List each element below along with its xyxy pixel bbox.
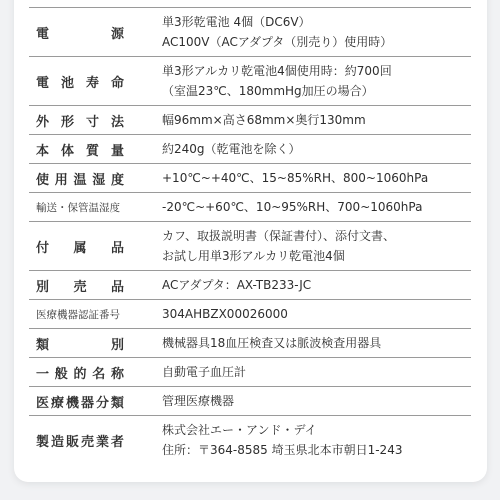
spec-row: 類別機械器具18血圧検査又は脈波検査用器具 (29, 329, 471, 358)
spec-label-cell: 使用温湿度 (29, 164, 147, 193)
spec-value: -20℃~+60℃、10~95%RH、700~1060hPa (147, 193, 471, 222)
spec-label-char: 品 (111, 276, 124, 295)
spec-value-line: AC100V（ACアダプタ（別売り）使用時） (162, 32, 471, 52)
spec-label: 使用温湿度 (36, 169, 124, 188)
spec-card: 電源単3形乾電池 4個（DC6V）AC100V（ACアダプタ（別売り）使用時）電… (14, 0, 487, 482)
spec-label-cell: 本体質量 (29, 135, 147, 164)
spec-value: 約240g（乾電池を除く） (147, 135, 471, 164)
spec-label: 一般的名称 (36, 363, 124, 382)
spec-label-char: 別 (36, 276, 49, 295)
spec-label-cell: 輸送・保管温湿度 (29, 193, 147, 222)
spec-value-line: 管理医療機器 (162, 391, 471, 411)
spec-label-char: 温 (73, 169, 86, 188)
spec-value: 単3形アルカリ乾電池4個使用時：約700回（室温23℃、180mmHg加圧の場合… (147, 57, 471, 106)
spec-value-line: 住所：〒364-8585 埼玉県北本市朝日1-243 (162, 440, 471, 460)
spec-label-char: 形 (61, 111, 74, 130)
spec-label-char: 寸 (86, 111, 99, 130)
spec-label: 電源 (36, 23, 124, 42)
spec-label-cell: 医療機器分類 (29, 387, 147, 416)
spec-value: 管理医療機器 (147, 387, 471, 416)
spec-table: 電源単3形乾電池 4個（DC6V）AC100V（ACアダプタ（別売り）使用時）電… (29, 7, 471, 465)
spec-label-char: 源 (111, 23, 124, 42)
spec-label-char: 質 (86, 140, 99, 159)
spec-label-char: 寿 (86, 72, 99, 91)
spec-label-char: 湿 (92, 169, 105, 188)
spec-row: 医療機器認証番号304AHBZX00026000 (29, 300, 471, 329)
spec-value-line: 幅96mm×高さ68mm×奥行130mm (162, 110, 471, 130)
spec-label-char: 療 (51, 392, 64, 411)
spec-row: 別売品ACアダプタ：AX-TB233-JC (29, 271, 471, 300)
spec-value: 自動電子血圧計 (147, 358, 471, 387)
spec-label-char: 品 (111, 237, 124, 256)
spec-label: 輸送・保管温湿度 (36, 200, 124, 215)
spec-value-line: カフ、取扱説明書（保証書付）、添付文書、 (162, 226, 471, 246)
spec-row: 医療機器分類管理医療機器 (29, 387, 471, 416)
spec-label-cell: 別売品 (29, 271, 147, 300)
spec-value: 機械器具18血圧検査又は脈波検査用器具 (147, 329, 471, 358)
spec-label-char: 法 (111, 111, 124, 130)
spec-label: 付属品 (36, 237, 124, 256)
spec-value-line: -20℃~+60℃、10~95%RH、700~1060hPa (162, 197, 471, 217)
spec-value-line: 自動電子血圧計 (162, 362, 471, 382)
spec-label-char: 度 (111, 169, 124, 188)
spec-label-char: 属 (73, 237, 86, 256)
spec-row: 付属品カフ、取扱説明書（保証書付）、添付文書、お試し用単3形アルカリ乾電池4個 (29, 222, 471, 271)
spec-label: 医療機器分類 (36, 392, 124, 411)
spec-label: 製造販売業者 (36, 431, 124, 450)
spec-label: 外形寸法 (36, 111, 124, 130)
spec-value-line: 約240g（乾電池を除く） (162, 139, 471, 159)
spec-label-cell: 類別 (29, 329, 147, 358)
spec-value: 幅96mm×高さ68mm×奥行130mm (147, 106, 471, 135)
spec-row: 電源単3形乾電池 4個（DC6V）AC100V（ACアダプタ（別売り）使用時） (29, 8, 471, 57)
spec-row: 一般的名称自動電子血圧計 (29, 358, 471, 387)
spec-label-char: 電 (36, 23, 49, 42)
spec-row: 使用温湿度+10℃~+40℃、15~85%RH、800~1060hPa (29, 164, 471, 193)
spec-label-cell: 付属品 (29, 222, 147, 271)
spec-value-line: お試し用単3形アルカリ乾電池4個 (162, 246, 471, 266)
spec-label-char: 類 (111, 392, 124, 411)
spec-row: 本体質量約240g（乾電池を除く） (29, 135, 471, 164)
spec-value: 株式会社エー・アンド・デイ住所：〒364-8585 埼玉県北本市朝日1-243 (147, 416, 471, 465)
spec-label-char: 一 (36, 363, 49, 382)
spec-label-char: 本 (36, 140, 49, 159)
spec-label-char: 電 (36, 72, 49, 91)
spec-label-char: 命 (111, 72, 124, 91)
spec-label-char: 販 (66, 431, 79, 450)
spec-label-char: 製 (36, 431, 49, 450)
spec-value: 304AHBZX00026000 (147, 300, 471, 329)
spec-label-char: 者 (111, 431, 124, 450)
spec-label-char: 池 (61, 72, 74, 91)
spec-label-char: 別 (111, 334, 124, 353)
spec-label-char: 売 (73, 276, 86, 295)
spec-label-char: 分 (96, 392, 109, 411)
spec-value-line: 単3形乾電池 4個（DC6V） (162, 12, 471, 32)
spec-value-line: 機械器具18血圧検査又は脈波検査用器具 (162, 333, 471, 353)
spec-label-char: 用 (55, 169, 68, 188)
spec-label-cell: 電源 (29, 8, 147, 57)
spec-label-char: 体 (61, 140, 74, 159)
spec-label: 別売品 (36, 276, 124, 295)
spec-label: 電池寿命 (36, 72, 124, 91)
spec-label-char: 称 (111, 363, 124, 382)
spec-label-cell: 一般的名称 (29, 358, 147, 387)
spec-label-char: 量 (111, 140, 124, 159)
spec-value-line: （室温23℃、180mmHg加圧の場合） (162, 81, 471, 101)
spec-value-line: +10℃~+40℃、15~85%RH、800~1060hPa (162, 168, 471, 188)
spec-value-line: 株式会社エー・アンド・デイ (162, 420, 471, 440)
spec-label-char: 類 (36, 334, 49, 353)
spec-label-char: 般 (55, 363, 68, 382)
spec-label-char: 機 (66, 392, 79, 411)
spec-value: +10℃~+40℃、15~85%RH、800~1060hPa (147, 164, 471, 193)
spec-label-char: 売 (81, 431, 94, 450)
spec-value-line: ACアダプタ：AX-TB233-JC (162, 275, 471, 295)
spec-label: 医療機器認証番号 (36, 307, 124, 322)
spec-row: 電池寿命単3形アルカリ乾電池4個使用時：約700回（室温23℃、180mmHg加… (29, 57, 471, 106)
spec-label-cell: 電池寿命 (29, 57, 147, 106)
spec-label-char: 使 (36, 169, 49, 188)
spec-label-char: 業 (96, 431, 109, 450)
spec-label-char: 外 (36, 111, 49, 130)
spec-row: 製造販売業者株式会社エー・アンド・デイ住所：〒364-8585 埼玉県北本市朝日… (29, 416, 471, 465)
spec-label-char: 医 (36, 392, 49, 411)
spec-value-line: 単3形アルカリ乾電池4個使用時：約700回 (162, 61, 471, 81)
spec-label-char: 造 (51, 431, 64, 450)
spec-label: 類別 (36, 334, 124, 353)
spec-label-char: 付 (36, 237, 49, 256)
spec-row: 外形寸法幅96mm×高さ68mm×奥行130mm (29, 106, 471, 135)
spec-row: 輸送・保管温湿度-20℃~+60℃、10~95%RH、700~1060hPa (29, 193, 471, 222)
spec-label-cell: 製造販売業者 (29, 416, 147, 465)
spec-label-char: 名 (92, 363, 105, 382)
spec-value-line: 304AHBZX00026000 (162, 304, 471, 324)
spec-label-cell: 医療機器認証番号 (29, 300, 147, 329)
spec-label-cell: 外形寸法 (29, 106, 147, 135)
spec-label-char: 的 (73, 363, 86, 382)
spec-value: 単3形乾電池 4個（DC6V）AC100V（ACアダプタ（別売り）使用時） (147, 8, 471, 57)
spec-label-char: 器 (81, 392, 94, 411)
spec-value: ACアダプタ：AX-TB233-JC (147, 271, 471, 300)
spec-label: 本体質量 (36, 140, 124, 159)
spec-value: カフ、取扱説明書（保証書付）、添付文書、お試し用単3形アルカリ乾電池4個 (147, 222, 471, 271)
